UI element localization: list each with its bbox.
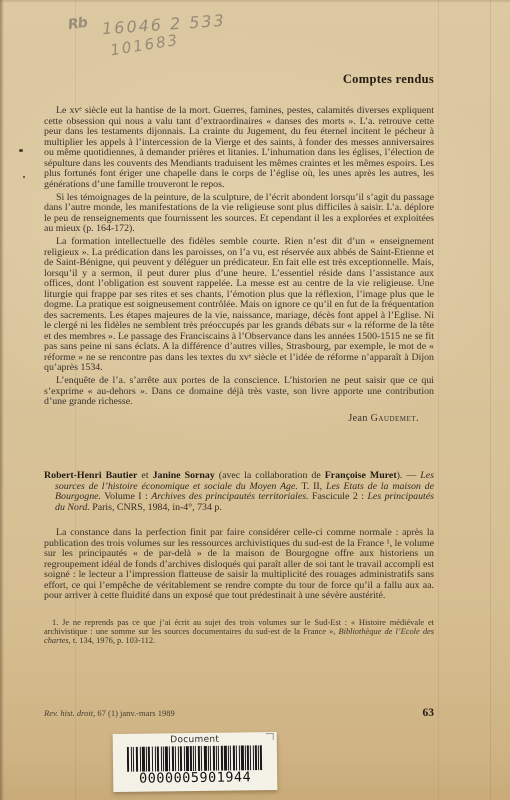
- sticker-corner-mark: [266, 733, 274, 740]
- page-left-edge-shadow: [0, 0, 4, 800]
- barcode-sticker: Document: [113, 732, 278, 792]
- review-text-block: Le xvᵉ siècle eut la hantise de la mort.…: [44, 106, 434, 645]
- review1-paragraph-4: L’enquête de l’a. s’arrête aux portes de…: [44, 376, 434, 408]
- review1-paragraph-2: Si les témoignages de la peinture, de la…: [44, 193, 434, 235]
- paper-speck: [19, 149, 23, 152]
- pencil-stamp: Rb: [67, 15, 88, 33]
- review1-paragraph-1: Le xvᵉ siècle eut la hantise de la mort.…: [44, 106, 434, 190]
- paper-speck: [23, 176, 25, 178]
- footnote: 1. Je ne reprends pas ce que j’ai écrit …: [44, 618, 434, 646]
- page-top-edge-shadow: [0, 0, 510, 3]
- barcode-label: Document: [113, 732, 277, 746]
- running-head: Comptes rendus: [343, 72, 434, 87]
- journal-reference: Rev. hist. droit, 67 (1) janv.-mars 1989: [44, 708, 175, 718]
- bibliographic-heading: Robert-Henri Bautier et Janine Sornay (a…: [44, 471, 434, 513]
- page-number: 63: [423, 707, 435, 719]
- paper-crease: [490, 0, 491, 800]
- page-footer: Rev. hist. droit, 67 (1) janv.-mars 1989…: [44, 707, 434, 719]
- barcode-icon: [127, 745, 263, 772]
- review1-paragraph-3: La formation intellectuelle des fidèles …: [44, 237, 434, 374]
- reviewer-signature: Jean Gaudemet.: [44, 414, 419, 425]
- paper-crease: [438, 0, 439, 800]
- review2-paragraph-1: La constance dans la perfection finit pa…: [44, 528, 434, 602]
- scanned-journal-page: Rb 16046 2 533 101683 Comptes rendus Le …: [0, 0, 510, 800]
